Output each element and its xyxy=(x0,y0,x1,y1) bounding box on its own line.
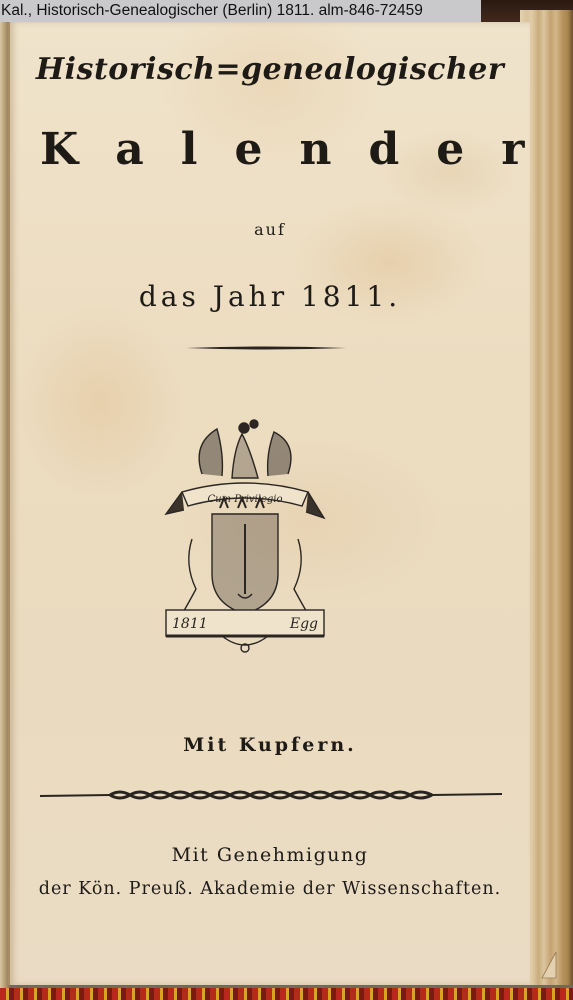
emblem-banner-text: Cum Privilegio xyxy=(207,494,282,505)
emblem-year: 1811 xyxy=(172,616,208,632)
folded-page-corner xyxy=(540,950,558,980)
book-scan: Historisch=genealogischer Kalender auf d… xyxy=(0,0,573,1000)
title-line-historisch-genealogischer: Historisch=genealogischer xyxy=(10,52,530,87)
coat-of-arms-emblem: Cum Privilegio 1811 Egg xyxy=(162,414,328,654)
title-line-auf: auf xyxy=(10,220,530,239)
red-page-edge xyxy=(0,988,573,1000)
ornamental-chain-rule xyxy=(40,788,502,800)
short-rule-divider xyxy=(186,346,346,350)
title-line-year: das Jahr 1811. xyxy=(10,280,530,313)
emblem-mark: Egg xyxy=(289,616,318,632)
title-line-mit-genehmigung: Mit Genehmigung xyxy=(10,844,530,866)
title-line-akademie: der Kön. Preuß. Akademie der Wissenschaf… xyxy=(10,879,530,899)
image-caption-bar: Kal., Historisch-Genealogischer (Berlin)… xyxy=(0,0,481,22)
title-line-kalender: Kalender xyxy=(10,124,530,175)
title-line-mit-kupfern: Mit Kupfern. xyxy=(10,734,530,756)
title-page: Historisch=genealogischer Kalender auf d… xyxy=(8,22,530,985)
